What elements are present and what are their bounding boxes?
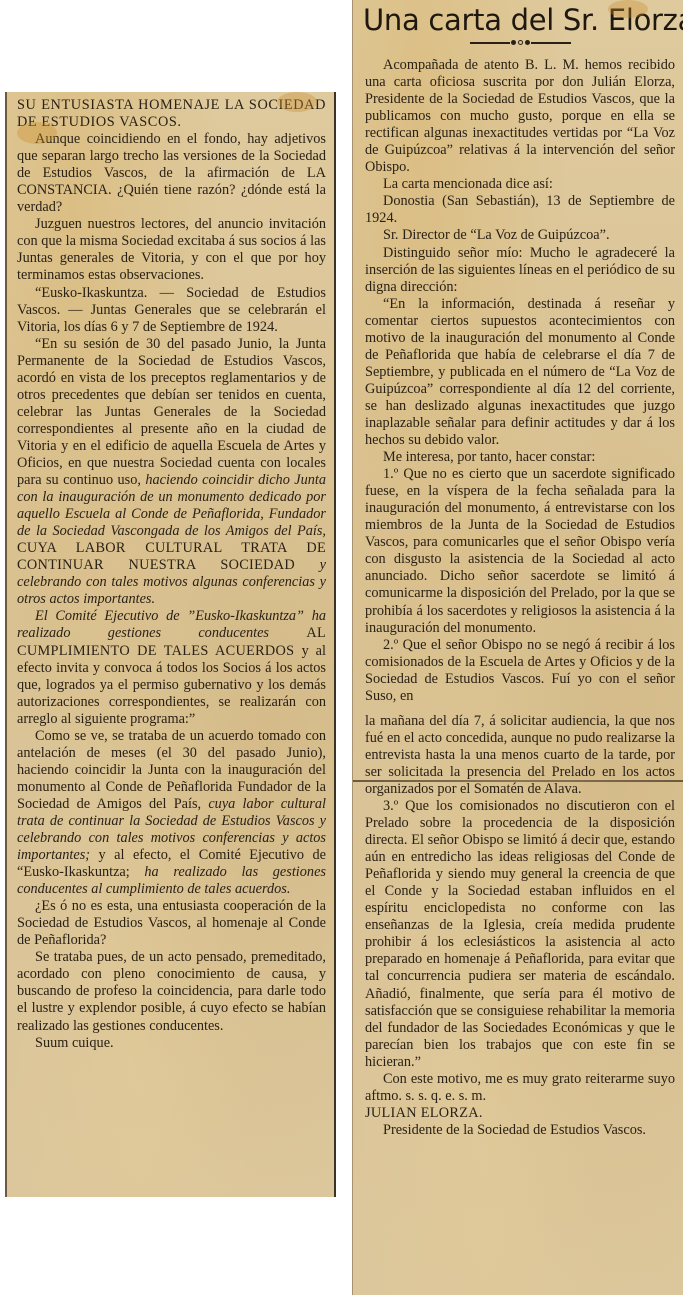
letter-point-2-part-b: la mañana del día 7, á solicitar audienc… [365, 713, 675, 798]
ornament-ring [518, 40, 523, 45]
left-headline: SU ENTUSIASTA HOMENAJE LA SOCIEDAD DE ES… [17, 97, 326, 131]
letter-closing: Con este motivo, me es muy grato reitera… [365, 1071, 675, 1105]
ornament-line [470, 42, 510, 44]
letter-point-2-part-a: 2.º Que el señor Obispo no se negó á rec… [365, 637, 675, 705]
right-newspaper-clipping: Una carta del Sr. Elorza Acompañada de a… [352, 0, 683, 1295]
letter-signature: JULIAN ELORZA. [365, 1105, 675, 1122]
article-title: Una carta del Sr. Elorza [363, 2, 675, 38]
letter-dateline: Donostia (San Sebastián), 13 de Septiemb… [365, 193, 675, 227]
ornament-dot [511, 40, 516, 45]
ornament-dot [525, 40, 530, 45]
left-paragraph-3-announcement-header: “Eusko-Ikaskuntza. — Sociedad de Estudio… [17, 285, 326, 336]
right-paragraph-2: La carta mencionada dice así: [365, 176, 675, 193]
letter-point-3: 3.º Que los comisionados no discutieron … [365, 798, 675, 1071]
left-paragraph-6: Como se ve, se trataba de un acuerdo tom… [17, 728, 326, 898]
left-paragraph-2: Juzguen nuestros lectores, del anuncio i… [17, 216, 326, 284]
letter-paragraph-2: Me interesa, por tanto, hacer constar: [365, 449, 675, 466]
left-paragraph-1: Aunque coincidiendo en el fondo, hay adj… [17, 131, 326, 216]
italic-text-run: El Comité Ejecutivo de ”Eusko-Ikaskuntza… [17, 608, 326, 641]
letter-point-1: 1.º Que no es cierto que un sacerdote si… [365, 466, 675, 636]
left-paragraph-8: Se trataba pues, de un acto pensado, pre… [17, 949, 326, 1034]
text-run: “En su sesión de 30 del pasado Junio, la… [17, 336, 326, 488]
letter-paragraph-1: “En la información, destinada á reseñar … [365, 296, 675, 449]
letter-salutation: Distinguido señor mío: Mucho le agradece… [365, 245, 675, 296]
left-paragraph-9-closing: Suum cuique. [17, 1035, 326, 1052]
left-newspaper-clipping: SU ENTUSIASTA HOMENAJE LA SOCIEDAD DE ES… [5, 92, 336, 1197]
clipping-fold-line [353, 780, 683, 782]
left-paragraph-7: ¿Es ó no es esta, una entusiasta coopera… [17, 898, 326, 949]
caps-text-run: CUYA LABOR CULTURAL TRATA DE CONTINUAR N… [17, 540, 326, 573]
right-paragraph-1-intro: Acompañada de atento B. L. M. hemos reci… [365, 57, 675, 176]
ornament-line [531, 42, 571, 44]
left-paragraph-4-announcement-body: “En su sesión de 30 del pasado Junio, la… [17, 336, 326, 609]
left-paragraph-5-committee: El Comité Ejecutivo de ”Eusko-Ikaskuntza… [17, 608, 326, 727]
signatory-title: Presidente de la Sociedad de Estudios Va… [365, 1122, 675, 1139]
letter-addressee: Sr. Director de “La Voz de Guipúzcoa”. [365, 227, 675, 244]
title-ornament-divider [365, 40, 675, 45]
